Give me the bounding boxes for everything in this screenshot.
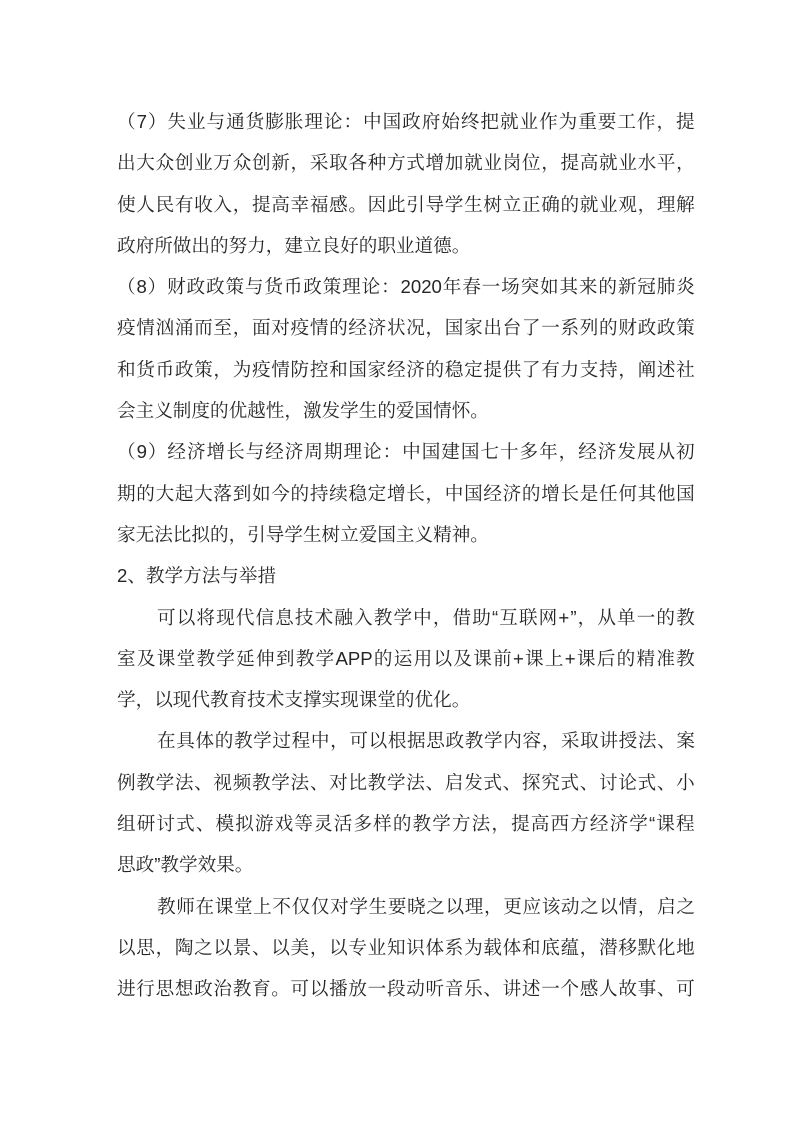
text-token: 民 — [156, 184, 175, 225]
text-token: 出 — [117, 142, 136, 183]
text-token: 内 — [503, 720, 522, 761]
text-token: ， — [213, 349, 232, 390]
text-token: 货 — [246, 101, 265, 142]
text-token: 的 — [329, 307, 348, 348]
text-token: ， — [580, 927, 599, 968]
text-token: 式 — [638, 762, 657, 803]
text-token: 的 — [215, 720, 234, 761]
text-token: 教 — [157, 886, 176, 927]
text-token: 行 — [136, 968, 155, 1009]
text-token: 控 — [310, 349, 329, 390]
text-token: 通 — [226, 101, 245, 142]
text-token: （ — [117, 101, 136, 142]
text-token: 一 — [541, 307, 560, 348]
text-token: 过 — [272, 720, 291, 761]
text-token: 学 — [484, 720, 503, 761]
text-token: 蕴 — [560, 927, 579, 968]
text-token: 用 — [414, 638, 433, 679]
text-token: 以 — [369, 720, 388, 761]
text-token: 借 — [453, 597, 472, 638]
text-token: 频 — [233, 762, 252, 803]
text-token: 可 — [157, 597, 176, 638]
text-token: 互 — [499, 597, 518, 638]
text-token: 网 — [539, 597, 558, 638]
text-token: ， — [426, 307, 445, 348]
text-token: 底 — [541, 927, 560, 968]
text-token: 等 — [294, 803, 313, 844]
text-token: 何 — [618, 473, 637, 514]
text-token: 经 — [483, 473, 502, 514]
text-token: 济 — [598, 431, 617, 472]
document-content: （7）失业与通货膨胀理论：中国政府始终把就业作为重要工作，提出大众创业万众创新，… — [117, 101, 695, 1010]
text-token: 程 — [292, 720, 311, 761]
text-token: 国 — [422, 431, 441, 472]
text-token: 了 — [522, 307, 541, 348]
text-token: 多 — [520, 431, 539, 472]
text-token: 晓 — [407, 886, 426, 927]
text-token: 的 — [560, 184, 579, 225]
text-token: 稳 — [348, 473, 367, 514]
text-token: 取 — [329, 142, 348, 183]
text-token: ” — [570, 597, 576, 638]
text-token: 学 — [393, 597, 412, 638]
text-line: 在具体的教学过程中，可以根据思政教学内容，采取讲授法、案 — [117, 720, 695, 761]
text-token: 状 — [387, 307, 406, 348]
text-token: ， — [618, 349, 637, 390]
text-token: 知 — [387, 927, 406, 968]
text-token: 教 — [196, 638, 215, 679]
text-token: 期 — [117, 473, 136, 514]
text-token: 采 — [310, 142, 329, 183]
text-token: 上 — [545, 638, 564, 679]
text-token: 导 — [426, 184, 445, 225]
text-token: 在 — [195, 886, 214, 927]
text-token: ： — [383, 431, 402, 472]
text-token: 到 — [276, 638, 295, 679]
text-token: 生 — [464, 184, 483, 225]
text-token: 戏 — [275, 803, 294, 844]
text-token: 联 — [519, 597, 538, 638]
text-token: 岗 — [503, 142, 522, 183]
text-line: 和货币政策，为疫情防控和国家经济的稳定提供了有力支持，阐述社 — [117, 349, 695, 390]
text-token: ， — [559, 431, 578, 472]
text-token: 重 — [578, 101, 597, 142]
text-token: 大 — [156, 473, 175, 514]
text-token: 故 — [618, 968, 637, 1009]
text-token: 论 — [362, 266, 381, 307]
text-token: 春 — [462, 266, 481, 307]
text-token: + — [558, 597, 569, 638]
text-token: 供 — [503, 349, 522, 390]
text-token: 前 — [493, 638, 512, 679]
text-token: 经 — [578, 431, 597, 472]
text-line: 思政”教学效果。 — [117, 844, 695, 885]
text-token: 入 — [354, 597, 373, 638]
text-token: 、 — [310, 762, 329, 803]
text-token: 思 — [426, 720, 445, 761]
text-token: 其 — [638, 473, 657, 514]
text-token: 把 — [480, 101, 499, 142]
text-token: 政 — [402, 101, 421, 142]
text-token: 学 — [271, 762, 290, 803]
text-token: 研 — [137, 803, 156, 844]
text-token: 起 — [175, 473, 194, 514]
text-token: 听 — [426, 968, 445, 1009]
text-token: 与 — [246, 431, 265, 472]
text-line: （7）失业与通货膨胀理论：中国政府始终把就业作为重要工作，提 — [117, 101, 695, 142]
text-token: 冠 — [637, 266, 656, 307]
text-token: 疫 — [291, 307, 310, 348]
text-token: 地 — [676, 927, 695, 968]
text-token: 技 — [295, 597, 314, 638]
text-token: 长 — [406, 473, 425, 514]
text-token: 胀 — [285, 101, 304, 142]
text-token: 终 — [461, 101, 480, 142]
text-line: （9）经济增长与经济周期理论：中国建国七十多年，经济发展从初 — [117, 431, 695, 472]
text-token: 经 — [167, 431, 186, 472]
text-token: 教 — [413, 803, 432, 844]
text-token: 确 — [541, 184, 560, 225]
text-token: 景 — [233, 927, 252, 968]
text-token: 学 — [432, 803, 451, 844]
text-token: ） — [148, 101, 167, 142]
text-token: 在 — [157, 720, 176, 761]
text-token: 树 — [483, 184, 502, 225]
text-token: 期 — [324, 431, 343, 472]
text-token: 济 — [368, 307, 387, 348]
text-token: 的 — [599, 307, 618, 348]
text-line: 组研讨式、模拟游戏等灵活多样的教学方法，提高西方经济学“课程 — [117, 803, 695, 844]
text-token: 提 — [676, 101, 695, 142]
text-token: 政 — [206, 266, 225, 307]
text-token: 之 — [426, 886, 445, 927]
text-token: 为 — [233, 349, 252, 390]
text-token: 收 — [194, 184, 213, 225]
text-token: 拟 — [235, 803, 254, 844]
text-token: 是 — [580, 473, 599, 514]
text-token: 及 — [453, 638, 472, 679]
text-token: 始 — [441, 101, 460, 142]
text-line: 以思，陶之以景、以美，以专业知识体系为载体和底蕴，潜移默化地 — [117, 927, 695, 968]
text-token: 解 — [676, 184, 695, 225]
text-token: 到 — [233, 473, 252, 514]
text-token: 汹 — [156, 307, 175, 348]
text-token: 高 — [531, 803, 550, 844]
text-token: 活 — [334, 803, 353, 844]
text-token: 识 — [406, 927, 425, 968]
text-token: ， — [541, 142, 560, 183]
text-token: 教 — [374, 597, 393, 638]
text-token: 和 — [117, 349, 136, 390]
text-token: 可 — [291, 968, 310, 1009]
text-token: 提 — [483, 349, 502, 390]
text-token: 讲 — [599, 720, 618, 761]
text-token: 思 — [156, 968, 175, 1009]
text-token: 中 — [311, 720, 330, 761]
text-token: 法 — [291, 762, 310, 803]
text-token: 感 — [580, 968, 599, 1009]
text-token: 。 — [271, 968, 290, 1009]
text-token: 国 — [461, 431, 480, 472]
text-token: 游 — [255, 803, 274, 844]
text-token: 乐 — [464, 968, 483, 1009]
text-line: 例教学法、视频教学法、对比教学法、启发式、探究式、讨论式、小 — [117, 762, 695, 803]
text-token: 了 — [522, 349, 541, 390]
text-token: 程 — [676, 803, 695, 844]
text-token: 专 — [348, 927, 367, 968]
text-token: 幸 — [291, 184, 310, 225]
text-token: 以 — [599, 886, 618, 927]
text-token: 从 — [656, 431, 675, 472]
text-token: 学 — [629, 803, 648, 844]
text-token: 学 — [445, 184, 464, 225]
text-token: 系 — [445, 927, 464, 968]
text-token: 探 — [522, 762, 541, 803]
text-token: 的 — [136, 473, 155, 514]
text-token: ， — [676, 142, 695, 183]
text-token: 初 — [676, 431, 695, 472]
text-token: 育 — [252, 968, 271, 1009]
text-token: 、 — [657, 968, 676, 1009]
text-token: 、 — [194, 762, 213, 803]
text-token: ， — [484, 886, 503, 927]
text-token: 家 — [368, 349, 387, 390]
text-token: 政 — [175, 349, 194, 390]
text-token: ， — [542, 720, 561, 761]
text-token: 万 — [213, 142, 232, 183]
text-token: 经 — [348, 307, 367, 348]
text-token: 来 — [579, 266, 598, 307]
text-token: 论 — [363, 431, 382, 472]
text-token: 福 — [310, 184, 329, 225]
text-token: 不 — [272, 886, 291, 927]
text-token: 防 — [291, 349, 310, 390]
text-token: 式 — [176, 803, 195, 844]
text-token: ， — [656, 101, 675, 142]
text-token: 例 — [117, 762, 136, 803]
text-token: 提 — [511, 803, 530, 844]
text-token: 融 — [334, 597, 353, 638]
text-token: 济 — [285, 431, 304, 472]
text-token: 堂 — [177, 638, 196, 679]
text-token: 大 — [136, 142, 155, 183]
text-token: 业 — [483, 142, 502, 183]
text-token: 及 — [137, 638, 156, 679]
text-token: 落 — [213, 473, 232, 514]
text-token: 法 — [472, 803, 491, 844]
text-token: 国 — [445, 307, 464, 348]
text-token: ， — [156, 927, 175, 968]
text-token: 国 — [464, 473, 483, 514]
text-line: 可以将现代信息技术融入教学中，借助“互联网+”，从单一的教 — [117, 597, 695, 638]
text-token: 体 — [503, 927, 522, 968]
text-token: 高 — [580, 142, 599, 183]
text-token: 列 — [580, 307, 599, 348]
text-token: 涌 — [175, 307, 194, 348]
text-token: 膨 — [265, 101, 284, 142]
text-token: 十 — [500, 431, 519, 472]
text-token: 个 — [560, 968, 579, 1009]
text-token: 续 — [329, 473, 348, 514]
text-line: 会主义制度的优越性，激发学生的爱国情怀。 — [117, 390, 695, 431]
text-token: 一 — [637, 597, 656, 638]
text-token: 式 — [406, 142, 425, 183]
text-token: 家 — [464, 307, 483, 348]
text-token: 策 — [323, 266, 342, 307]
text-token: 以 — [271, 927, 290, 968]
text-token: 上 — [253, 886, 272, 927]
text-token: 年 — [539, 431, 558, 472]
text-token: 、 — [503, 762, 522, 803]
text-token: 的 — [426, 349, 445, 390]
text-token: 法 — [406, 762, 425, 803]
text-token: 济 — [187, 431, 206, 472]
text-token: 正 — [522, 184, 541, 225]
text-token: 运 — [394, 638, 413, 679]
text-line: 期的大起大落到如今的持续稳定增长，中国经济的增长是任何其他国 — [117, 473, 695, 514]
text-token: APP — [335, 638, 372, 679]
text-token: 阐 — [638, 349, 657, 390]
text-token: 以 — [177, 597, 196, 638]
text-token: 国 — [348, 349, 367, 390]
text-token: 教 — [676, 597, 695, 638]
text-token: 业 — [187, 101, 206, 142]
text-token: + — [565, 638, 576, 679]
text-token: 准 — [656, 638, 675, 679]
text-token: 情 — [136, 307, 155, 348]
text-token: 至 — [213, 307, 232, 348]
text-token: 的 — [291, 473, 310, 514]
text-line: 出大众创业万众创新，采取各种方式增加就业岗位，提高就业水平， — [117, 142, 695, 183]
text-token: 提 — [560, 142, 579, 183]
text-token: 中 — [445, 473, 464, 514]
text-token: 人 — [599, 968, 618, 1009]
text-token: 启 — [445, 762, 464, 803]
text-token: 情 — [619, 886, 638, 927]
text-token: 增 — [207, 431, 226, 472]
text-token: 以 — [446, 886, 465, 927]
text-token: 段 — [387, 968, 406, 1009]
text-token: 之 — [194, 927, 213, 968]
text-token: 根 — [388, 720, 407, 761]
text-token: 平 — [657, 142, 676, 183]
text-token: 济 — [610, 803, 629, 844]
text-token: 支 — [580, 349, 599, 390]
text-token: 而 — [194, 307, 213, 348]
text-token: 体 — [195, 720, 214, 761]
text-token: 多 — [353, 803, 372, 844]
text-token: 策 — [225, 266, 244, 307]
text-token: 就 — [599, 142, 618, 183]
text-line: 进行思想政治教育。可以播放一段动听音乐、讲述一个感人故事、可 — [117, 968, 695, 1009]
text-token: 治 — [213, 968, 232, 1009]
text-token: 增 — [426, 142, 445, 183]
text-token: 场 — [501, 266, 520, 307]
text-token: 疫 — [117, 307, 136, 348]
text-token: 教 — [676, 638, 695, 679]
text-token: 以 — [434, 638, 453, 679]
text-token: 教 — [233, 968, 252, 1009]
text-token: 。 — [348, 184, 367, 225]
text-token: 伸 — [256, 638, 275, 679]
text-token: ， — [233, 307, 252, 348]
text-token: 种 — [368, 142, 387, 183]
text-token: 将 — [196, 597, 215, 638]
text-token: 力 — [560, 349, 579, 390]
text-token: 式 — [560, 762, 579, 803]
text-token: 使 — [117, 184, 136, 225]
text-token: 的 — [374, 638, 393, 679]
text-token: 7 — [137, 101, 147, 142]
text-token: 就 — [464, 142, 483, 183]
text-token: 之 — [676, 886, 695, 927]
text-token: 肺 — [657, 266, 676, 307]
text-token: ， — [433, 597, 452, 638]
text-token: 理 — [304, 101, 323, 142]
text-token: 播 — [329, 968, 348, 1009]
text-token: 提 — [252, 184, 271, 225]
text-token: 对 — [329, 762, 348, 803]
text-token: 教 — [368, 762, 387, 803]
text-token: 持 — [599, 349, 618, 390]
text-token: 代 — [236, 597, 255, 638]
text-token: 业 — [618, 142, 637, 183]
text-token: 学 — [216, 638, 235, 679]
text-token: 定 — [464, 349, 483, 390]
text-token: 方 — [452, 803, 471, 844]
text-token: 师 — [176, 886, 195, 927]
text-token: 观 — [618, 184, 637, 225]
text-token: 该 — [542, 886, 561, 927]
text-token: 课 — [525, 638, 544, 679]
text-token: 府 — [422, 101, 441, 142]
text-token: 组 — [117, 803, 136, 844]
text-token: + — [513, 638, 524, 679]
text-token: 政 — [303, 266, 322, 307]
text-token: 方 — [570, 803, 589, 844]
text-token: 方 — [387, 142, 406, 183]
text-token: 与 — [207, 101, 226, 142]
text-token: 业 — [520, 101, 539, 142]
text-token: 政 — [194, 968, 213, 1009]
text-token: 生 — [369, 886, 388, 927]
text-token: 、 — [657, 762, 676, 803]
text-token: 台 — [503, 307, 522, 348]
text-token: 潜 — [599, 927, 618, 968]
text-token: ， — [638, 886, 657, 927]
text-token: 小 — [676, 762, 695, 803]
text-token: 学 — [253, 720, 272, 761]
text-token: 财 — [167, 266, 186, 307]
text-token: 他 — [657, 473, 676, 514]
text-token: 情 — [310, 307, 329, 348]
text-line: 2、教学方法与举措 — [117, 555, 695, 596]
text-token: 以 — [310, 968, 329, 1009]
text-token: 堂 — [234, 886, 253, 927]
text-token: 、 — [580, 762, 599, 803]
text-token: 炎 — [676, 266, 695, 307]
text-token: ， — [310, 927, 329, 968]
text-token: 模 — [216, 803, 235, 844]
text-token: 年 — [443, 266, 462, 307]
text-token: 对 — [271, 307, 290, 348]
text-token: 政 — [657, 307, 676, 348]
text-token: 业 — [599, 184, 618, 225]
text-token: 理 — [465, 886, 484, 927]
text-token: 有 — [541, 349, 560, 390]
text-token: 课 — [656, 803, 675, 844]
text-token: ， — [330, 720, 349, 761]
